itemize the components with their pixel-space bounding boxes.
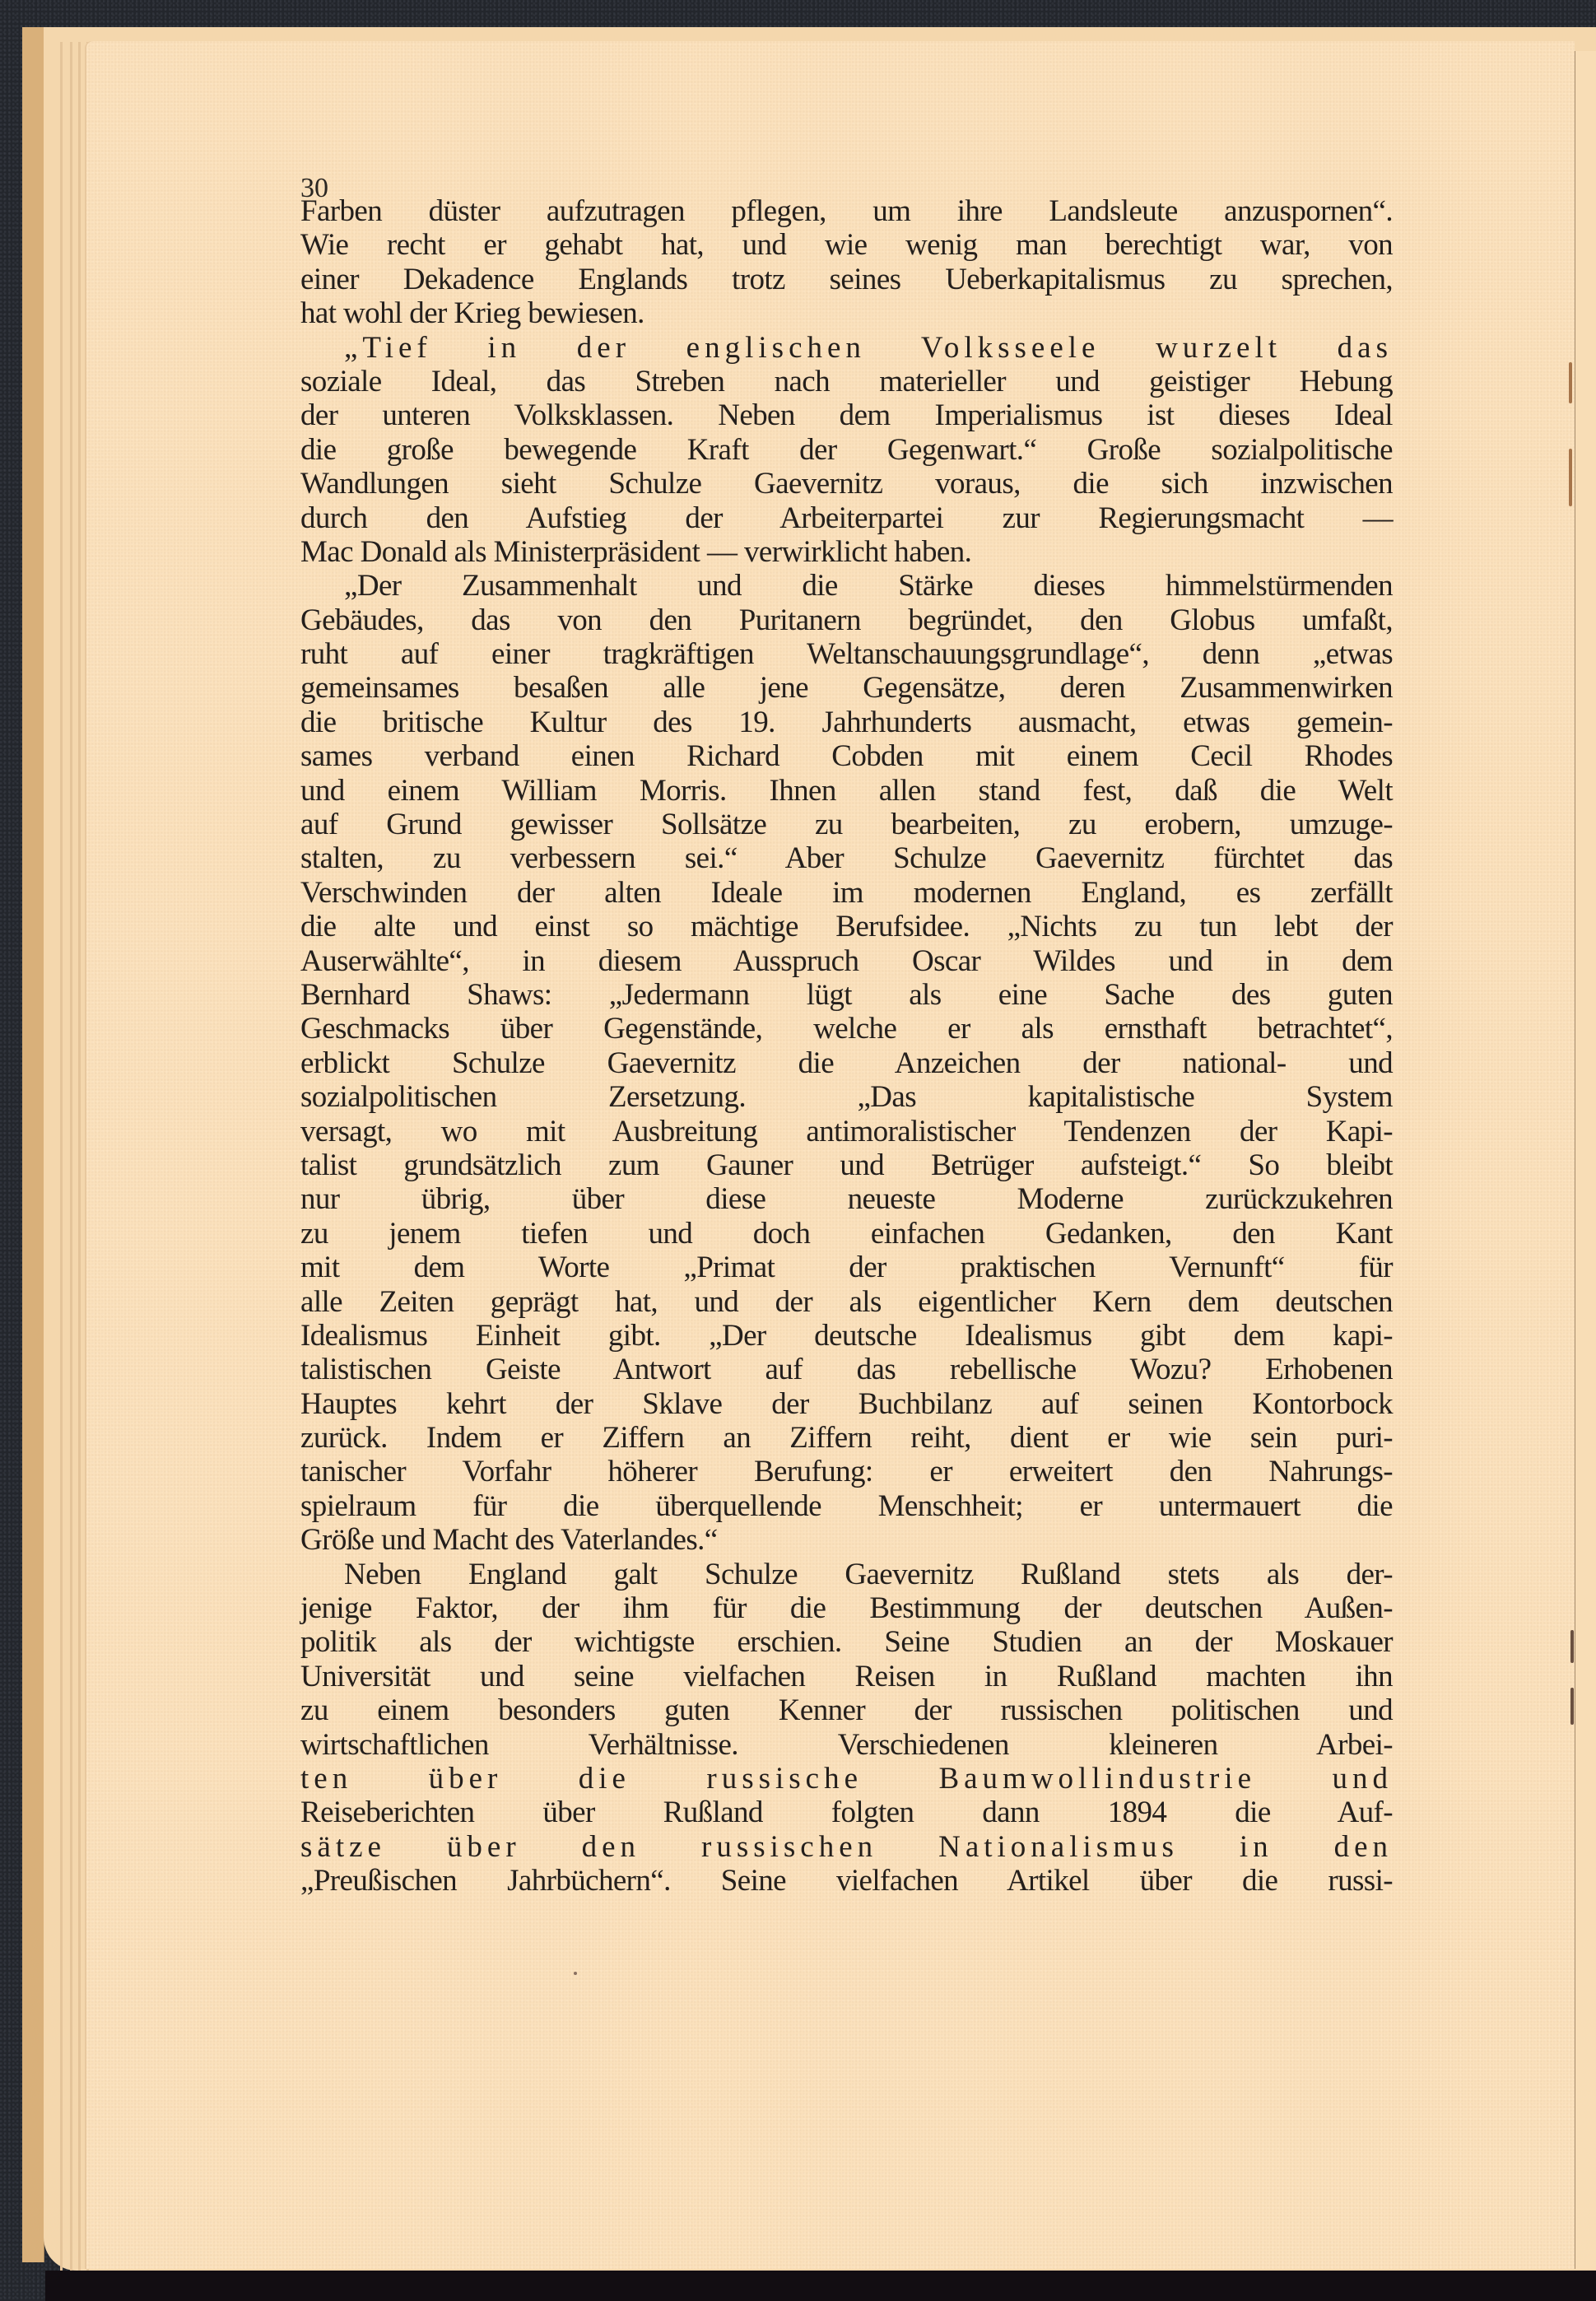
- body-text: Farben düster aufzutragen pflegen, um ih…: [300, 194, 1393, 1898]
- text-line: Verschwinden der alten Ideale im moderne…: [300, 876, 1393, 910]
- text-line: durch den Aufstieg der Arbeiterpartei zu…: [300, 501, 1393, 535]
- margin-stain: [1570, 1630, 1574, 1663]
- page-edge: [78, 42, 81, 2271]
- text-line: Neben England galt Schulze Gaevernitz Ru…: [300, 1558, 1393, 1591]
- text-line: soziale Ideal, das Streben nach materiel…: [300, 365, 1393, 398]
- text-line: Bernhard Shaws: „Jedermann lügt als eine…: [300, 978, 1393, 1012]
- text-line: „Tief in der englischen Volksseele wurze…: [300, 331, 1393, 365]
- text-line: Farben düster aufzutragen pflegen, um ih…: [300, 194, 1393, 228]
- text-line: Wandlungen sieht Schulze Gaevernitz vora…: [300, 467, 1393, 501]
- text-line: der unteren Volksklassen. Neben dem Impe…: [300, 398, 1393, 432]
- text-line: talistischen Geiste Antwort auf das rebe…: [300, 1353, 1393, 1386]
- text-line: jenige Faktor, der ihm für die Bestimmun…: [300, 1591, 1393, 1625]
- text-line: zu jenem tiefen und doch einfachen Gedan…: [300, 1217, 1393, 1251]
- text-line: Wie recht er gehabt hat, und wie wenig m…: [300, 228, 1393, 262]
- text-line: Reiseberichten über Rußland folgten dann…: [300, 1796, 1393, 1829]
- text-line: ruht auf einer tragkräftigen Weltanschau…: [300, 637, 1393, 671]
- text-line: erblickt Schulze Gaevernitz die Anzeiche…: [300, 1046, 1393, 1080]
- text-line: sames verband einen Richard Cobden mit e…: [300, 739, 1393, 773]
- facing-page-edge: [1575, 51, 1596, 2269]
- text-line: stalten, zu verbessern sei.“ Aber Schulz…: [300, 841, 1393, 875]
- text-line: ten über die russische Baumwollindustrie…: [300, 1762, 1393, 1796]
- table-shadow: [45, 2271, 1596, 2301]
- text-line: Universität und seine vielfachen Reisen …: [300, 1660, 1393, 1693]
- text-line: die alte und einst so mächtige Berufside…: [300, 910, 1393, 943]
- text-line: versagt, wo mit Ausbreitung antimoralist…: [300, 1115, 1393, 1148]
- text-line: politik als der wichtigste erschien. Sei…: [300, 1625, 1393, 1659]
- page-edge: [60, 42, 63, 2271]
- text-line: und einem William Morris. Ihnen allen st…: [300, 774, 1393, 808]
- text-line: talist grundsätzlich zum Gauner und Betr…: [300, 1148, 1393, 1182]
- margin-stain: [1569, 449, 1572, 506]
- text-line: auf Grund gewisser Sollsätze zu bearbeit…: [300, 808, 1393, 841]
- text-line: „Preußischen Jahrbüchern“. Seine vielfac…: [300, 1864, 1393, 1898]
- text-line: die große bewegende Kraft der Gegenwart.…: [300, 433, 1393, 467]
- text-line: Gebäudes, das von den Puritanern begründ…: [300, 603, 1393, 637]
- text-line: nur übrig, über diese neueste Moderne zu…: [300, 1182, 1393, 1216]
- text-line: einer Dekadence Englands trotz seines Ue…: [300, 263, 1393, 296]
- text-line: sozialpolitischen Zersetzung. „Das kapit…: [300, 1080, 1393, 1114]
- text-line: Geschmacks über Gegenstände, welche er a…: [300, 1012, 1393, 1046]
- text-line: tanischer Vorfahr höherer Berufung: er e…: [300, 1455, 1393, 1488]
- text-line: sätze über den russischen Nationalismus …: [300, 1830, 1393, 1864]
- text-line: „Der Zusammenhalt und die Stärke dieses …: [300, 569, 1393, 603]
- text-line: Hauptes kehrt der Sklave der Buchbilanz …: [300, 1387, 1393, 1421]
- text-line: Auserwählte“, in diesem Ausspruch Oscar …: [300, 944, 1393, 978]
- page-edge: [70, 42, 72, 2271]
- text-line: mit dem Worte „Primat der praktischen Ve…: [300, 1251, 1393, 1284]
- text-line: zu einem besonders guten Kenner der russ…: [300, 1693, 1393, 1727]
- text-line: wirtschaftlichen Verhältnisse. Verschied…: [300, 1728, 1393, 1762]
- text-line: Größe und Macht des Vaterlandes.“: [300, 1523, 1393, 1557]
- text-line: spielraum für die überquellende Menschhe…: [300, 1489, 1393, 1523]
- text-line: Mac Donald als Ministerpräsident — verwi…: [300, 535, 1393, 569]
- book-cover-edge: [22, 27, 44, 2262]
- margin-stain: [1570, 1688, 1574, 1725]
- text-line: alle Zeiten geprägt hat, und der als eig…: [300, 1285, 1393, 1319]
- paper-speck: [574, 1972, 577, 1975]
- text-line: gemeinsames besaßen alle jene Gegensätze…: [300, 671, 1393, 705]
- text-line: zurück. Indem er Ziffern an Ziffern reih…: [300, 1421, 1393, 1455]
- margin-stain: [1569, 362, 1572, 403]
- text-line: die britische Kultur des 19. Jahrhundert…: [300, 706, 1393, 739]
- text-line: hat wohl der Krieg bewiesen.: [300, 296, 1393, 330]
- text-line: Idealismus Einheit gibt. „Der deutsche I…: [300, 1319, 1393, 1353]
